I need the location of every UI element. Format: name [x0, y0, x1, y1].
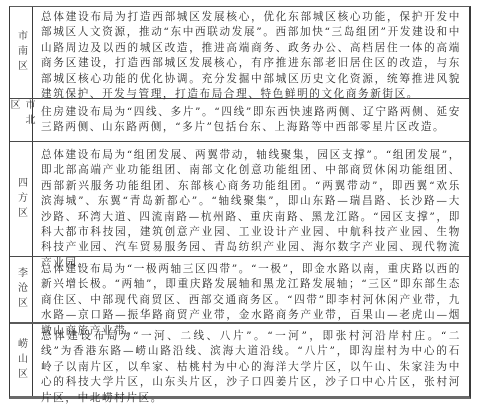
table-row-sifang: 四方区 总体建设布局为“组团发展、两翼带动，轴线聚集，园区支撑”。“组团发展”，…: [10, 142, 469, 257]
table-row-laoshan: 崂山区 总体建设布局为“一河、二线、八片”。“一河”，即张村河沿岸村庄。“二线”…: [10, 324, 469, 396]
description-cell: 住房建设布局为“四线、多片”。“四线”即东西快速路两侧、辽宁路两侧、延安三路两侧…: [33, 99, 469, 141]
district-label: 李沧区: [14, 267, 29, 312]
district-label: 市南区: [14, 30, 29, 75]
description-cell: 总体建设布局为打造西部城区发展核心，优化东部城区核心功能，保护开发中部城区人文资…: [33, 7, 469, 98]
district-cell: 市北区: [10, 99, 33, 141]
description-cell: 总体建设布局为“一极两轴三区四带”。“一极”，即金水路以南，重庆路以西的新兴增长…: [33, 257, 469, 322]
district-cell: 李沧区: [10, 257, 33, 322]
district-planning-table: 市南区 总体建设布局为打造西部城区发展核心，优化东部城区核心功能，保护开发中部城…: [9, 6, 471, 399]
district-cell: 四方区: [10, 142, 33, 256]
district-cell: 崂山区: [10, 324, 33, 396]
district-label: 市北区: [6, 99, 36, 141]
description-cell: 总体建设布局为“一河、二线、八片”。“一河”，即张村河沿岸村庄。“二线”为香港东…: [33, 324, 469, 396]
table-row-licang: 李沧区 总体建设布局为“一极两轴三区四带”。“一极”，即金水路以南，重庆路以西的…: [10, 257, 469, 324]
table-row-shinan: 市南区 总体建设布局为打造西部城区发展核心，优化东部城区核心功能，保护开发中部城…: [10, 7, 469, 99]
district-label: 四方区: [14, 177, 29, 222]
table-row-shibei: 市北区 住房建设布局为“四线、多片”。“四线”即东西快速路两侧、辽宁路两侧、延安…: [10, 99, 469, 142]
district-cell: 市南区: [10, 7, 33, 98]
district-label: 崂山区: [14, 338, 29, 383]
description-cell: 总体建设布局为“组团发展、两翼带动，轴线聚集，园区支撑”。“组团发展”，即北部高…: [33, 142, 469, 256]
